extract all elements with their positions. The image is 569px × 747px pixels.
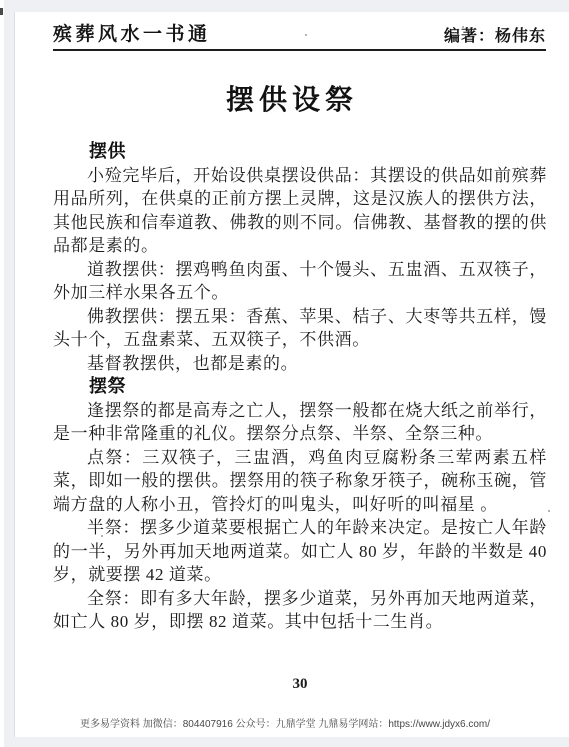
book-title: 殡葬风水一书通 — [53, 19, 211, 46]
author-credit: 编著：杨伟东 — [444, 23, 546, 46]
page-content: 摆供 小殓完毕后，开始设供桌摆设供品：其摆设的供品如前殡葬用品所列，在供桌的正前… — [53, 140, 547, 634]
chapter-title: 摆供设祭 — [15, 78, 569, 118]
page-number: 30 — [53, 676, 547, 693]
paragraph: 佛教摆供：摆五果：香蕉、苹果、桔子、大枣等共五样，馒头十个，五盘素菜、五双筷子，… — [53, 305, 547, 352]
paragraph: 小殓完毕后，开始设供桌摆设供品：其摆设的供品如前殡葬用品所列，在供桌的正前方摆上… — [53, 164, 547, 258]
section-heading-baiji: 摆祭 — [53, 375, 547, 399]
book-page: 殡葬风水一书通 编著：杨伟东 摆供设祭 摆供 小殓完毕后，开始设供桌摆设供品：其… — [14, 12, 569, 737]
paragraph: 全祭：即有多大年龄，摆多少道菜，另外再加天地两道菜，如亡人 80 岁，即摆 82… — [53, 587, 547, 634]
scan-speck — [101, 535, 103, 537]
paragraph: 点祭：三双筷子，三盅酒，鸡鱼肉豆腐粉条三荤两素五样菜，即如一般的摆供。摆祭用的筷… — [53, 446, 547, 517]
paragraph: 基督教摆供，也都是素的。 — [53, 352, 547, 376]
scan-edge-artifact — [0, 8, 3, 15]
watermark-footer: 更多易学资料 加微信：804407916 公众号：九鼎学堂 九鼎易学网站：htt… — [15, 715, 555, 730]
scan-speck — [548, 510, 550, 512]
paragraph: 半祭：摆多少道菜要根据亡人的年龄来决定。是按亡人年龄的一半，另外再加天地两道菜。… — [53, 516, 547, 587]
scan-speck — [462, 26, 464, 28]
page-header: 殡葬风水一书通 编著：杨伟东 — [53, 17, 546, 51]
scan-speck — [305, 34, 307, 36]
section-heading-baigong: 摆供 — [53, 140, 547, 164]
paragraph: 道教摆供：摆鸡鸭鱼肉蛋、十个馒头、五盅酒、五双筷子，外加三样水果各五个。 — [53, 258, 547, 305]
paragraph: 逢摆祭的都是高寿之亡人，摆祭一般都在烧大纸之前举行，是一种非常隆重的礼仪。摆祭分… — [53, 399, 547, 446]
